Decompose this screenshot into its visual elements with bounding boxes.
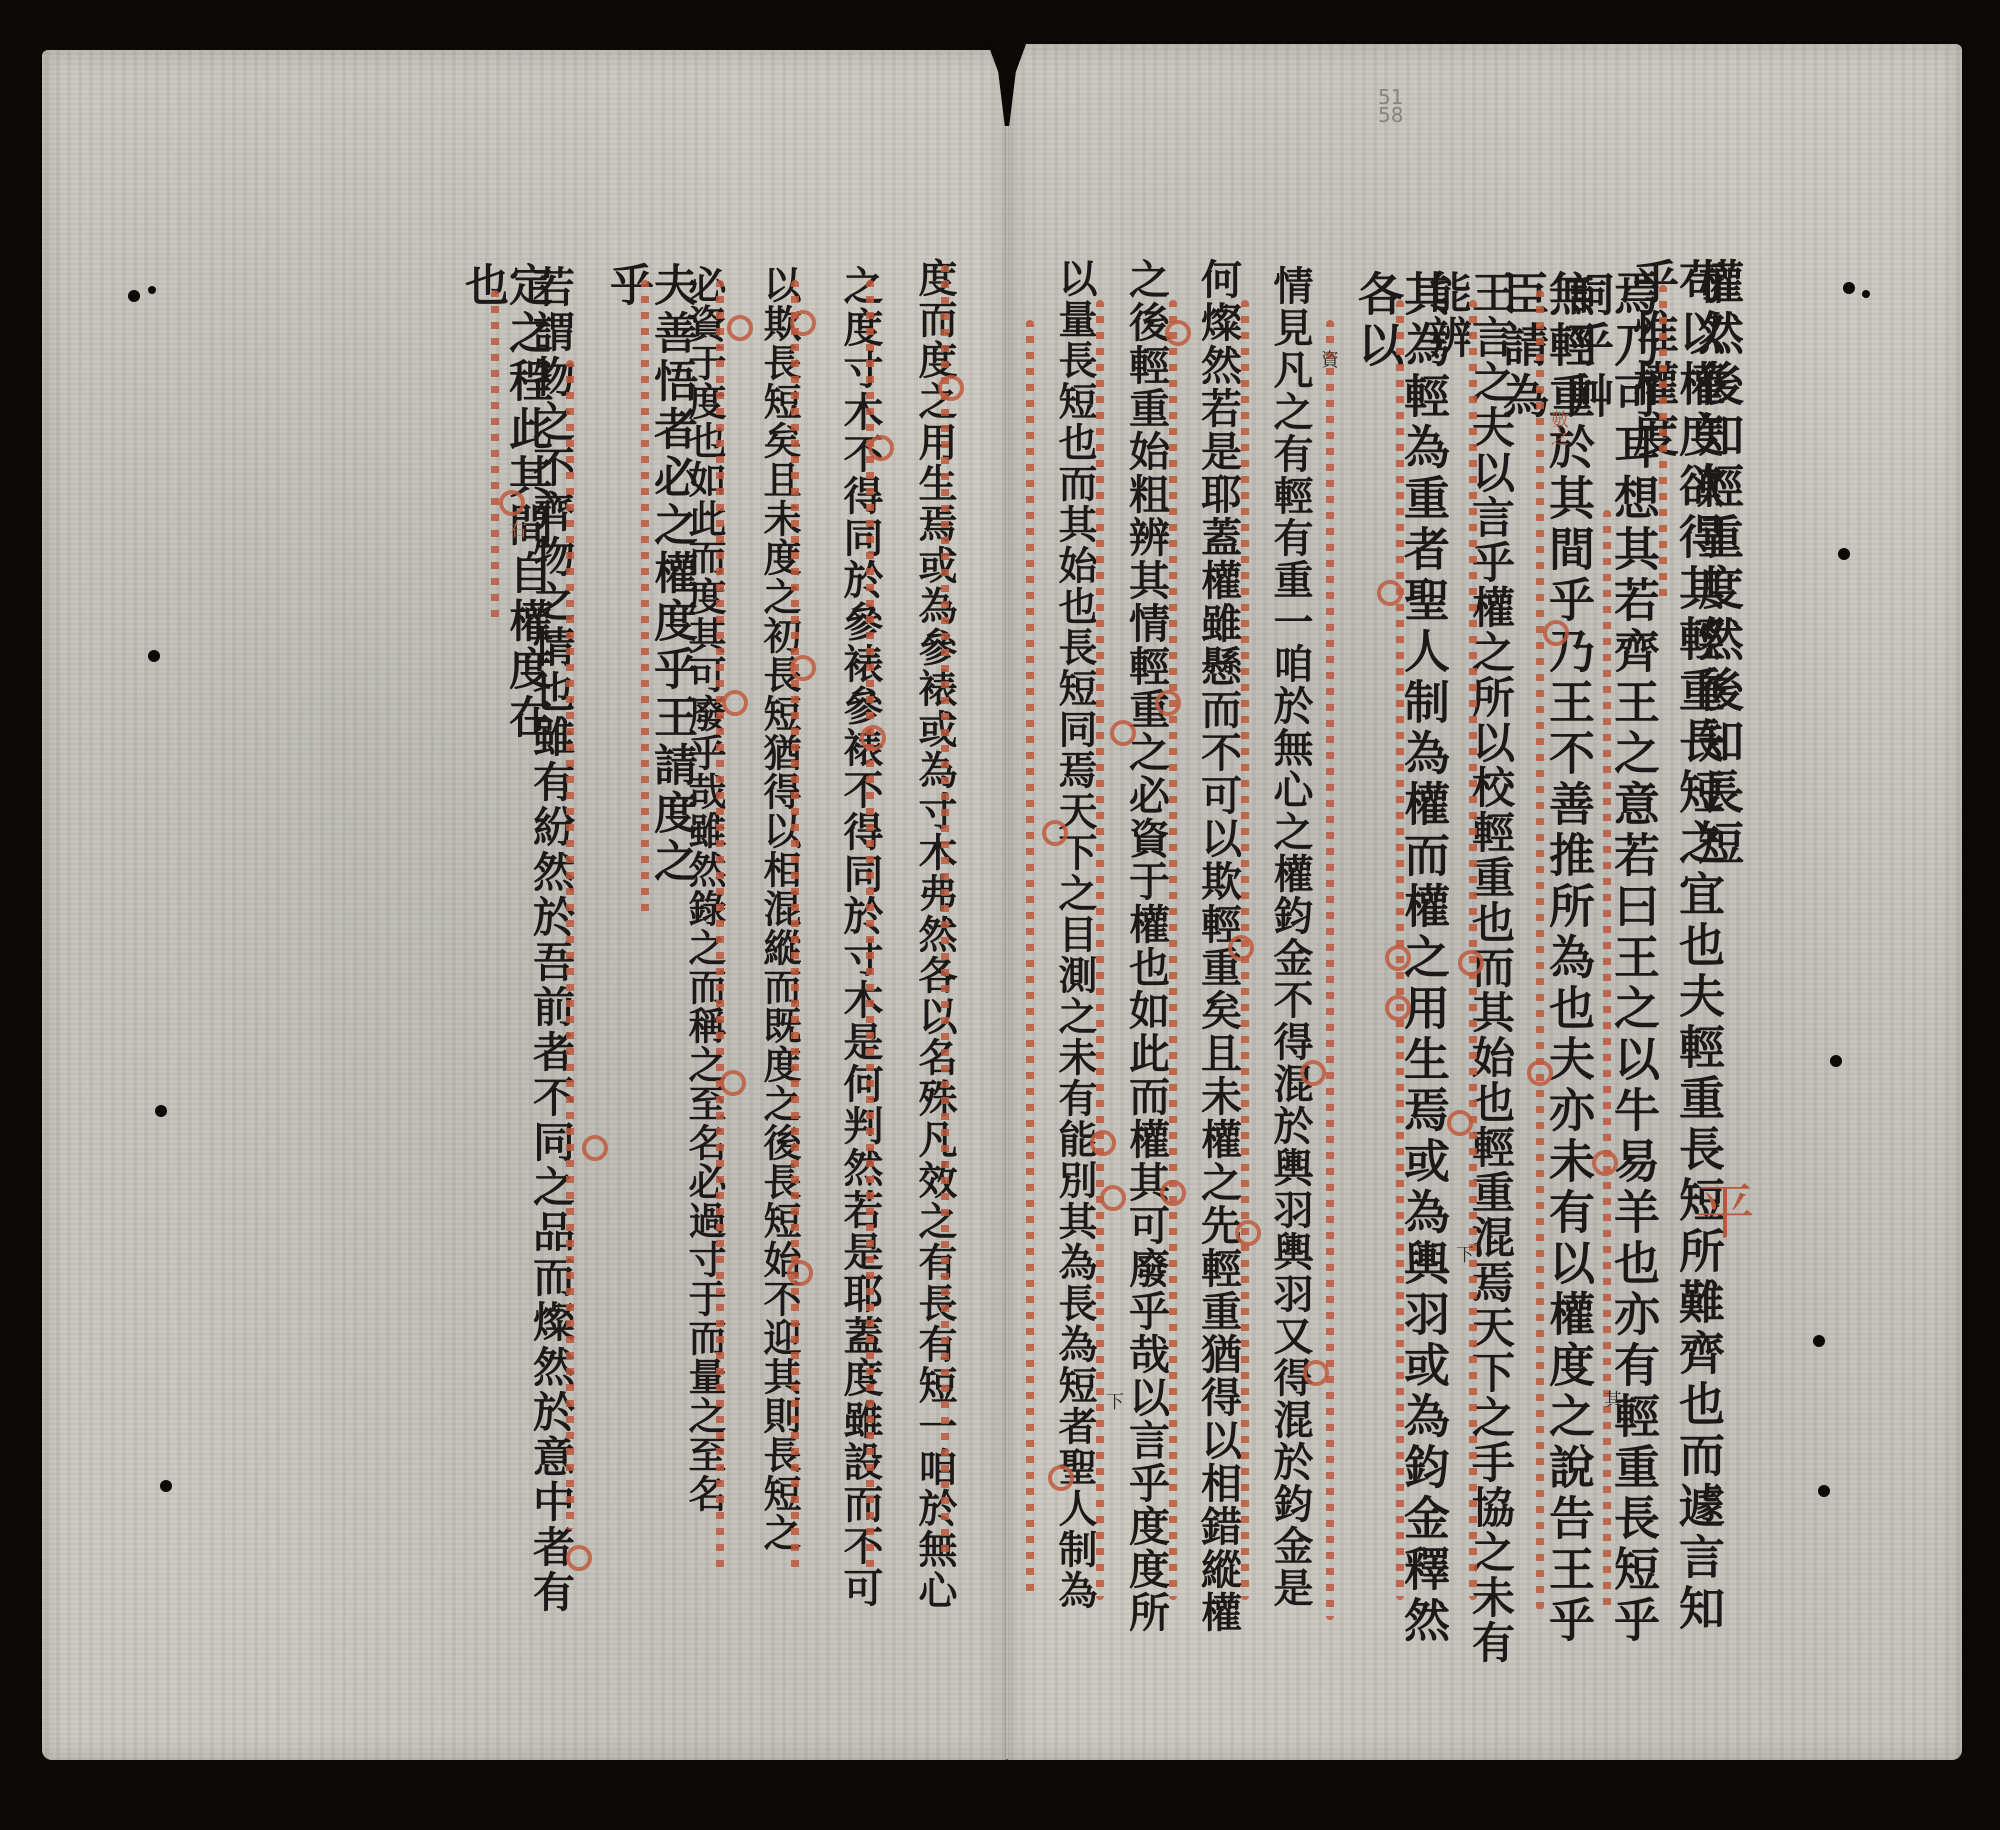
red-punctuation-marks <box>500 290 505 620</box>
red-circle-mark-icon <box>582 1135 608 1161</box>
red-circle-mark-icon <box>722 690 748 716</box>
red-punctuation-marks <box>950 265 955 1555</box>
binding-hole-icon <box>148 650 160 662</box>
red-circle-mark-icon <box>1165 320 1191 346</box>
red-punctuation-marks <box>800 280 805 1570</box>
text-column-r8: 何燦然若是耶蓋權雖懸而不可以欺輕重矣且未權之先輕重猶得以相錯縱權 <box>1192 258 1238 1658</box>
red-circle-mark-icon <box>1543 620 1569 646</box>
red-circle-mark-icon <box>790 310 816 336</box>
red-punctuation-marks <box>650 280 655 920</box>
red-marginal-character: 平 <box>1695 1165 1755 1251</box>
red-punctuation-marks <box>1178 300 1183 1600</box>
red-circle-mark-icon <box>1377 580 1403 606</box>
red-circle-mark-icon <box>1042 820 1068 846</box>
red-circle-mark-icon <box>860 725 886 751</box>
red-circle-mark-icon <box>1155 690 1181 716</box>
red-circle-mark-icon <box>1160 1180 1186 1206</box>
red-circle-mark-icon <box>720 1070 746 1096</box>
binding-hole-icon <box>1843 282 1855 294</box>
column-text: 情見凡之有輕有重一咱於無心之權鈞金不得混於輿羽輿羽又得混於鈞金是 <box>1267 265 1314 1609</box>
note-text: 其 <box>1601 1390 1622 1408</box>
red-punctuation-marks <box>875 280 880 1570</box>
pencil-folio-number: 51 58 <box>1378 88 1403 124</box>
note-text: 下 <box>1453 1245 1474 1263</box>
note-text: 右 <box>506 520 527 538</box>
text-column-r10: 以量長短也而其始也長短同焉天下之目測之未有能別其為長為短者聖人制為 <box>1050 258 1094 1658</box>
red-circle-mark-icon <box>1048 1465 1074 1491</box>
note-text: 下 <box>1103 1392 1124 1410</box>
binding-hole-icon <box>155 1105 167 1117</box>
red-circle-mark-icon <box>1303 1360 1329 1386</box>
interlinear-note: 其 <box>1598 1390 1624 1408</box>
red-circle-mark-icon <box>1458 950 1484 976</box>
text-column-r9: 之後輕重始粗辨其情輕重之必資于權也如此而權其可廢乎哉以言乎度度所 <box>1120 258 1166 1658</box>
column-text: 以量長短也而其始也長短同焉天下之目測之未有能別其為長為短者聖人制為 <box>1052 258 1098 1611</box>
text-column-r7: 情見凡之有輕有重一咱於無心之權鈞金不得混於輿羽輿羽又得混於鈞金是 <box>1265 265 1310 1665</box>
red-circle-mark-icon <box>790 655 816 681</box>
binding-hole-icon <box>1813 1335 1825 1347</box>
red-punctuation-marks <box>1035 320 1040 1600</box>
red-circle-mark-icon <box>787 1260 813 1286</box>
red-punctuation-marks <box>1545 290 1550 1610</box>
red-circle-mark-icon <box>1527 1060 1553 1086</box>
red-punctuation-marks <box>1612 510 1617 1610</box>
red-punctuation-marks <box>725 280 730 1570</box>
binding-hole-icon <box>160 1480 172 1492</box>
red-circle-mark-icon <box>566 1545 592 1571</box>
center-fold <box>1005 40 1009 1760</box>
binding-hole-icon <box>1838 548 1850 560</box>
red-punctuation-marks <box>1335 320 1340 1620</box>
interlinear-note: 右 <box>503 520 529 538</box>
red-circle-mark-icon <box>1385 945 1411 971</box>
red-circle-mark-icon <box>727 315 753 341</box>
red-punctuation-marks <box>1668 285 1673 605</box>
red-circle-mark-icon <box>1090 1130 1116 1156</box>
note-text: 資 <box>1318 350 1339 368</box>
red-circle-mark-icon <box>938 375 964 401</box>
column-text: 之後輕重始粗辨其情輕重之必資于權也如此而權其可廢乎哉以言乎度度所 <box>1122 258 1170 1634</box>
red-circle-mark-icon <box>1110 720 1136 746</box>
red-circle-mark-icon <box>499 490 525 516</box>
red-circle-mark-icon <box>868 435 894 461</box>
interlinear-note: 資 <box>1315 350 1341 368</box>
binding-hole-icon <box>1818 1485 1830 1497</box>
red-circle-mark-icon <box>1385 995 1411 1021</box>
red-circle-mark-icon <box>1228 935 1254 961</box>
interlinear-note: 下 <box>1450 1245 1476 1263</box>
red-punctuation-marks <box>575 360 580 1530</box>
red-punctuation-marks <box>1478 300 1483 1600</box>
note-text: 數之 <box>1548 410 1569 446</box>
red-circle-mark-icon <box>1235 1220 1261 1246</box>
folio-new: 58 <box>1378 106 1403 124</box>
red-circle-mark-icon <box>1300 1060 1326 1086</box>
red-circle-mark-icon <box>1447 1110 1473 1136</box>
interlinear-note: 數之 <box>1545 410 1571 446</box>
binding-hole-icon <box>128 290 140 302</box>
marginal-text: 平 <box>1695 1178 1755 1248</box>
binding-hole-icon <box>148 286 156 294</box>
binding-hole-icon <box>1830 1055 1842 1067</box>
interlinear-note: 下 <box>1100 1392 1126 1410</box>
red-circle-mark-icon <box>1100 1185 1126 1211</box>
red-circle-mark-icon <box>1592 1150 1618 1176</box>
binding-hole-icon <box>1862 290 1870 298</box>
